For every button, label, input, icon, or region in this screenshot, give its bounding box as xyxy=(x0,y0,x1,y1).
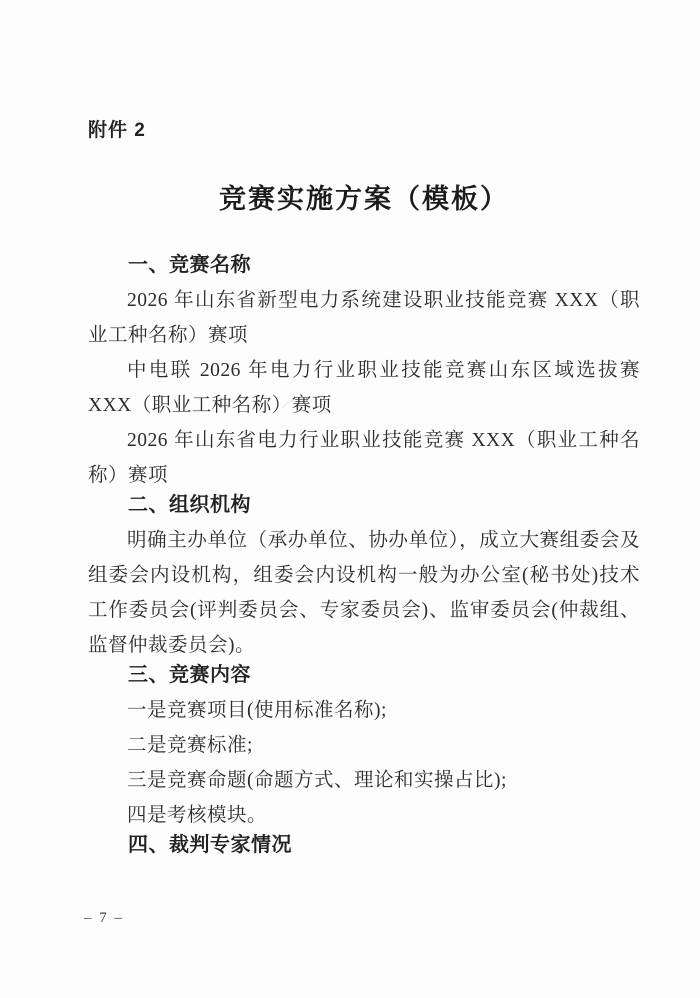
section-heading-referee-experts: 四、裁判专家情况 xyxy=(88,828,640,863)
section-organization: 二、组织机构 明确主办单位（承办单位、协办单位），成立大赛组委会及组委会内设机构… xyxy=(88,488,640,663)
section-referee-experts: 四、裁判专家情况 xyxy=(88,828,640,863)
list-item: 二是竞赛标准; xyxy=(88,728,640,763)
section-competition-name: 一、竞赛名称 2026 年山东省新型电力系统建设职业技能竞赛 XXX（职业工种名… xyxy=(88,248,640,493)
attachment-label: 附件 2 xyxy=(88,118,640,144)
paragraph: 明确主办单位（承办单位、协办单位），成立大赛组委会及组委会内设机构，组委会内设机… xyxy=(88,523,640,663)
document-title: 竞赛实施方案（模板） xyxy=(88,182,640,216)
paragraph: 中电联 2026 年电力行业职业技能竞赛山东区域选拔赛 XXX（职业工种名称）赛… xyxy=(88,353,640,423)
section-competition-content: 三、竞赛内容 一是竞赛项目(使用标准名称); 二是竞赛标准; 三是竞赛命题(命题… xyxy=(88,658,640,833)
list-item: 一是竞赛项目(使用标准名称); xyxy=(88,693,640,728)
document-page: 附件 2 竞赛实施方案（模板） 一、竞赛名称 2026 年山东省新型电力系统建设… xyxy=(0,0,700,998)
list-item: 三是竞赛命题(命题方式、理论和实操占比); xyxy=(88,763,640,798)
document-body: 一、竞赛名称 2026 年山东省新型电力系统建设职业技能竞赛 XXX（职业工种名… xyxy=(88,248,640,863)
page-number: – 7 – xyxy=(84,908,124,928)
section-heading-competition-name: 一、竞赛名称 xyxy=(88,248,640,283)
scan-artifact-mark xyxy=(281,396,303,412)
section-heading-organization: 二、组织机构 xyxy=(88,488,640,523)
paragraph: 2026 年山东省电力行业职业技能竞赛 XXX（职业工种名称）赛项 xyxy=(88,423,640,493)
section-heading-competition-content: 三、竞赛内容 xyxy=(88,658,640,693)
paragraph: 2026 年山东省新型电力系统建设职业技能竞赛 XXX（职业工种名称）赛项 xyxy=(88,283,640,353)
